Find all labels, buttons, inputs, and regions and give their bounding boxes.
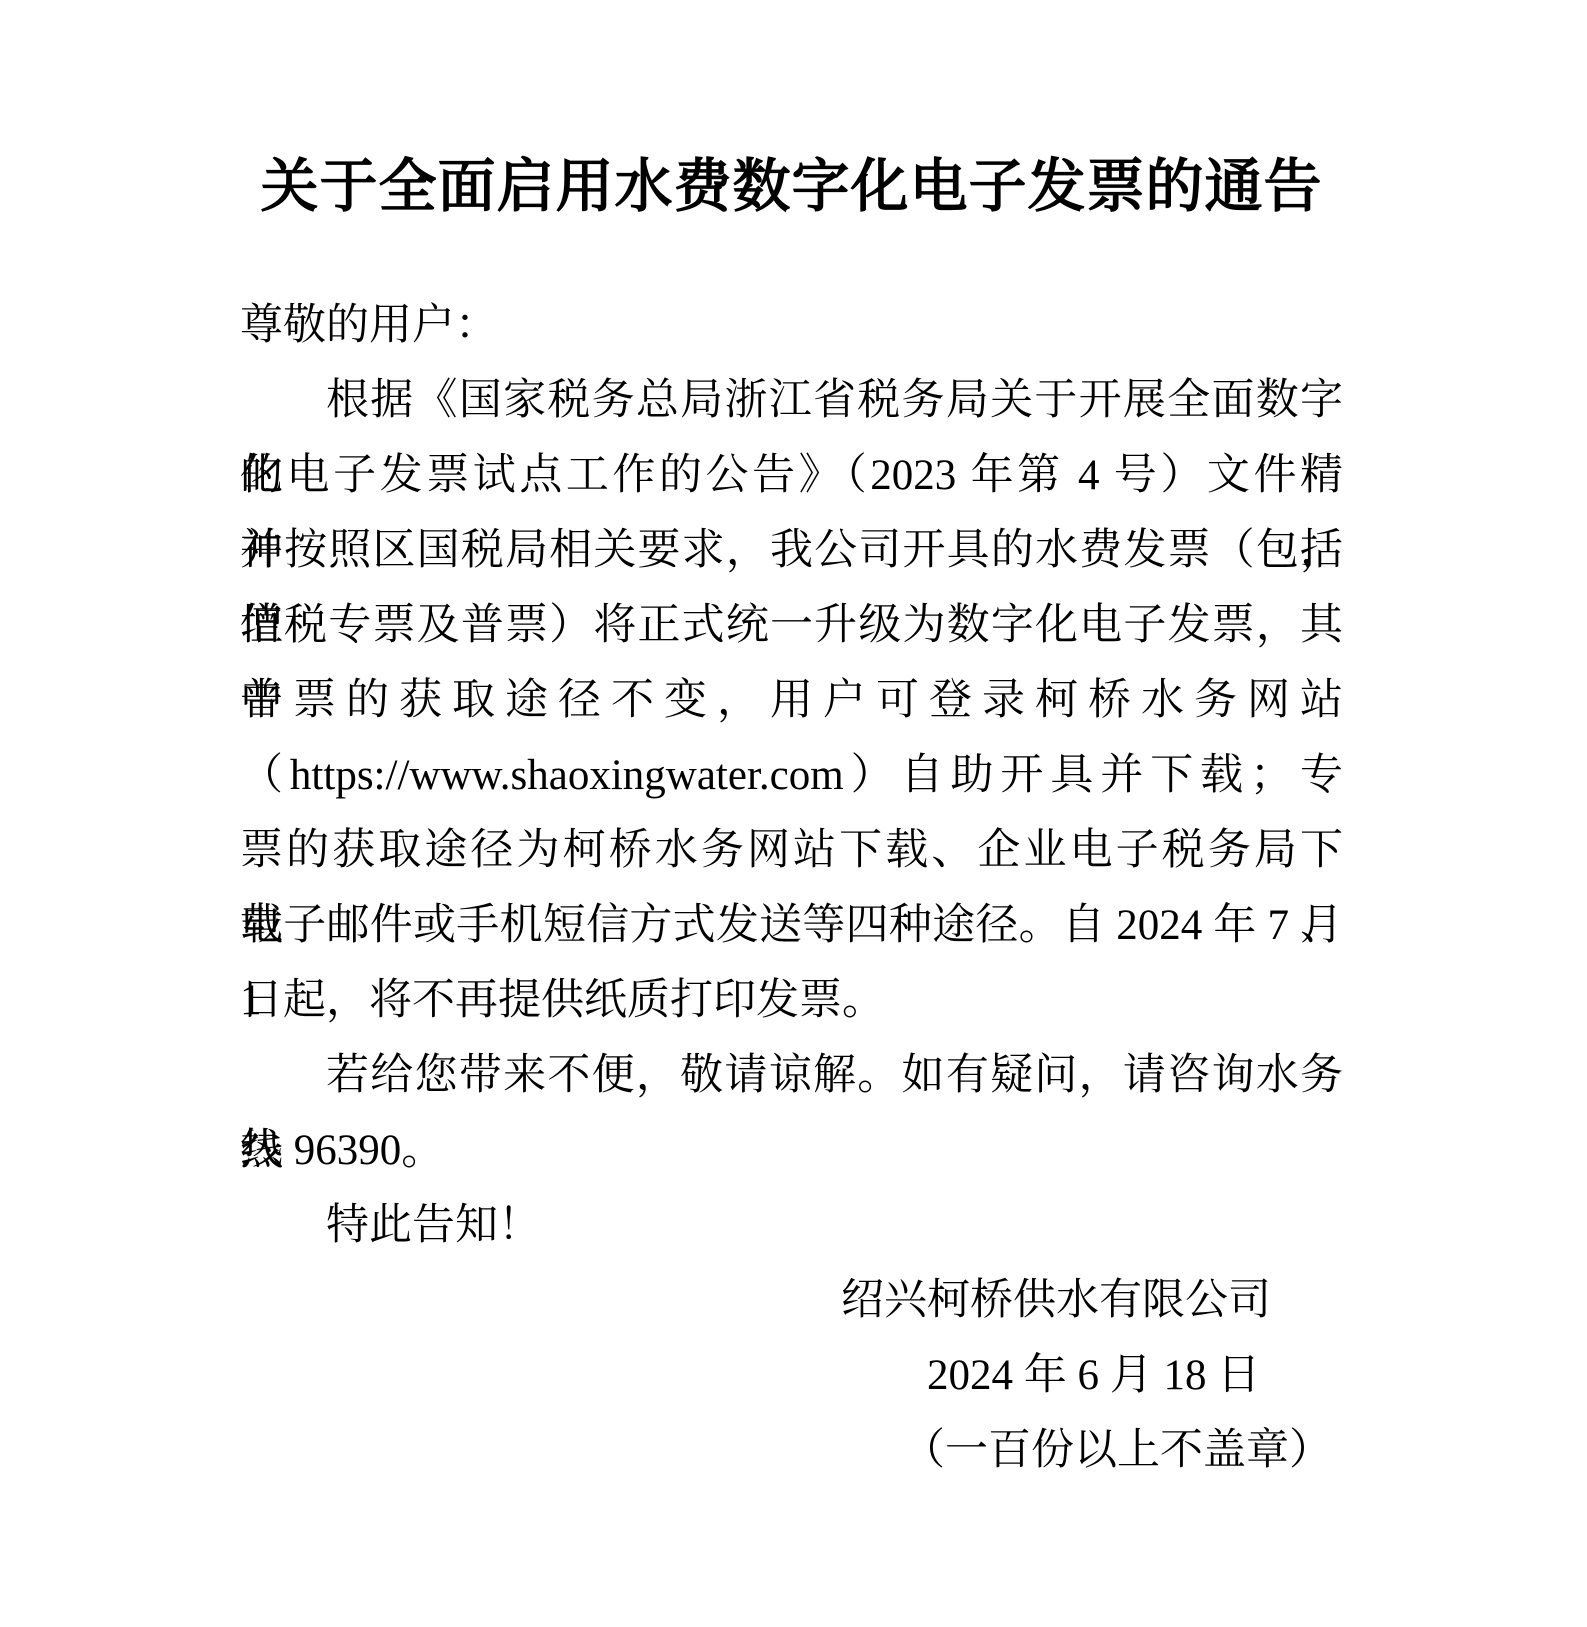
body-line: 票的获取途径为柯桥水务网站下载、企业电子税务局下载、 — [240, 813, 1343, 888]
body-line: 值税专票及普票）将正式统一升级为数字化电子发票，其中 — [240, 588, 1343, 663]
signature-date-line: 2024 年 6 月 18 日 — [927, 1338, 1343, 1413]
body-line: 线 96390。 — [240, 1113, 1343, 1188]
body-line: 电子邮件或手机短信方式发送等四种途径。自 2024 年 7 月 1 — [240, 888, 1343, 963]
body-line: 普票的获取途径不变，用户可登录柯桥水务网站 — [240, 663, 1343, 738]
body-line: 的电子发票试点工作的公告》（2023 年第 4 号）文件精神， — [240, 438, 1343, 513]
notice-body: 尊敬的用户：根据《国家税务总局浙江省税务局关于开展全面数字化的电子发票试点工作的… — [240, 288, 1343, 1488]
notice-document-page: 关于全面启用水费数字化电子发票的通告 尊敬的用户：根据《国家税务总局浙江省税务局… — [0, 0, 1587, 1627]
salutation-line: 尊敬的用户： — [240, 288, 1343, 363]
signature-note-line: （一百份以上不盖章） — [902, 1413, 1343, 1488]
body-line: 根据《国家税务总局浙江省税务局关于开展全面数字化 — [240, 363, 1343, 438]
body-line: 并按照区国税局相关要求，我公司开具的水费发票（包括增 — [240, 513, 1343, 588]
body-line: （https://www.shaoxingwater.com）自助开具并下载；专 — [240, 738, 1343, 813]
body-line: 日起，将不再提供纸质打印发票。 — [240, 963, 1343, 1038]
page-title: 关于全面启用水费数字化电子发票的通告 — [240, 147, 1343, 227]
signature-company-line: 绍兴柯桥供水有限公司 — [841, 1263, 1343, 1338]
body-line: 特此告知！ — [240, 1188, 1343, 1263]
body-line: 若给您带来不便，敬请谅解。如有疑问，请咨询水务热 — [240, 1038, 1343, 1113]
